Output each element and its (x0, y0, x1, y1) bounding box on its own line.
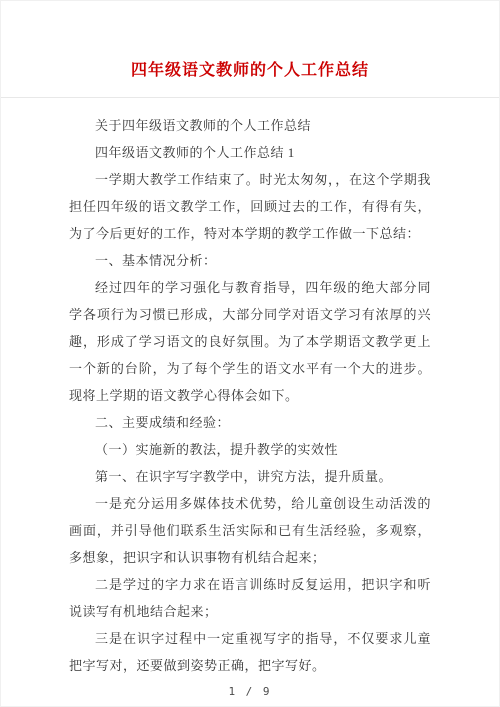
subsection-heading-new-methods: （一）实施新的教法，提升教学的实效性 (69, 436, 431, 463)
section-heading-basic-analysis: 一、基本情况分析： (69, 247, 431, 274)
paragraph-subtitle: 四年级语文教师的个人工作总结 1 (69, 139, 431, 166)
document-page: 四年级语文教师的个人工作总结 关于四年级语文教师的个人工作总结 四年级语文教师的… (0, 0, 500, 707)
paragraph-point-three: 三是在识字过程中一定重视写字的指导，不仅要求儿童把字写对，还要做到姿势正确，把字… (69, 625, 431, 679)
paragraph-basic-analysis: 经过四年的学习强化与教育指导，四年级的绝大部分同学各项行为习惯已形成，大部分同学… (69, 274, 431, 409)
document-body: 关于四年级语文教师的个人工作总结 四年级语文教师的个人工作总结 1 一学期大教学… (1, 112, 499, 679)
document-title: 四年级语文教师的个人工作总结 (1, 59, 499, 83)
section-heading-achievements: 二、主要成绩和经验： (69, 409, 431, 436)
paragraph-first-point: 第一、在识字写字教学中，讲究方法，提升质量。 (69, 463, 431, 490)
paragraph-point-two: 二是学过的字力求在语言训练时反复运用，把识字和听说读写有机地结合起来； (69, 571, 431, 625)
paragraph-point-one: 一是充分运用多媒体技术优势，给儿童创设生动活泼的画面，并引导他们联系生活实际和已… (69, 490, 431, 571)
paragraph-intro: 一学期大教学工作结束了。时光太匆匆，，在这个学期我担任四年级的语文教学工作，回顾… (69, 166, 431, 247)
paragraph-about-line: 关于四年级语文教师的个人工作总结 (69, 112, 431, 139)
page-number-indicator: 1 / 9 (1, 684, 499, 700)
title-divider (1, 97, 499, 98)
